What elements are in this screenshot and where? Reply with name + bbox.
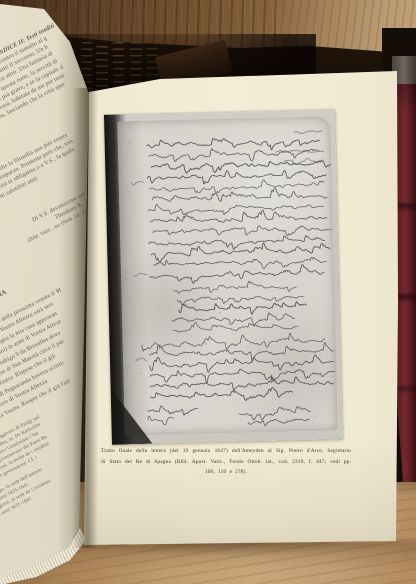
- caption-line: Tratto finale della lettera (del 19 genn…: [101, 446, 351, 457]
- photo-caption: Tratto finale della lettera (del 19 genn…: [101, 446, 351, 478]
- manuscript-photograph: [104, 109, 343, 445]
- manuscript-sheet: [117, 116, 338, 435]
- manuscript-handwriting-graphic: [117, 116, 338, 435]
- caption-line: 106, 110 e 278).: [101, 467, 351, 478]
- book-gutter-shadow: [72, 88, 98, 548]
- open-book-photograph: NDICE II: Testi inediti n oppone contro …: [0, 0, 416, 584]
- caption-line: di Stato del Re di Spagna (Bibl. Apost. …: [101, 457, 351, 468]
- section-heading-fragment: IA: [0, 289, 8, 300]
- left-page-footnotes: d'Ameyden nel soggiorno di Parigi nelerr…: [0, 415, 76, 526]
- left-page-paragraph: altro?] che la filosofia non può essered…: [0, 130, 82, 203]
